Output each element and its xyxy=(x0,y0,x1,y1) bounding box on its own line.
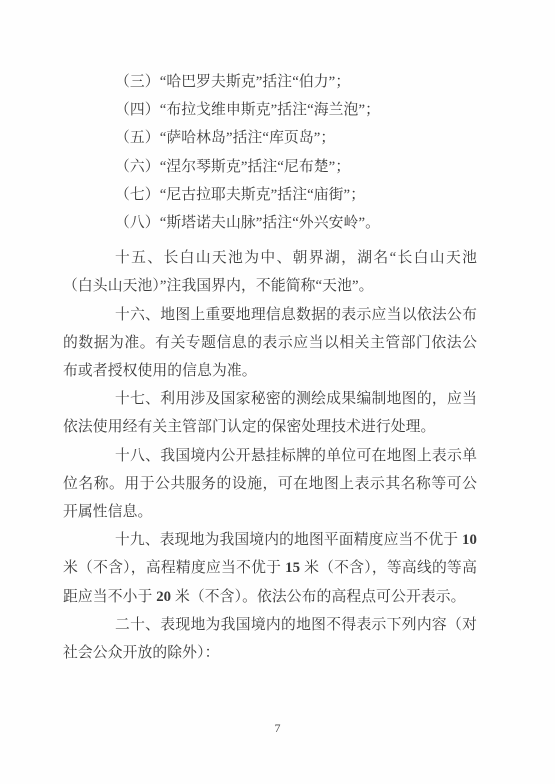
precision-value-10: 10 xyxy=(462,532,477,548)
page-number: 7 xyxy=(0,721,555,735)
list-item-3: （三）“哈巴罗夫斯克”括注“伯力”； xyxy=(63,68,477,96)
paragraph-19-text: 十九、表现地为我国境内的地图平面精度应当不优于 xyxy=(115,532,462,548)
list-item-5: （五）“萨哈林岛”括注“库页岛”； xyxy=(63,124,477,152)
paragraph-15: 十五、长白山天池为中、朝界湖，湖名“长白山天池（白头山天池）”注我国界内，不能简… xyxy=(63,244,477,300)
document-body: （三）“哈巴罗夫斯克”括注“伯力”； （四）“布拉戈维申斯克”括注“海兰泡”； … xyxy=(63,68,477,667)
paragraph-18: 十八、我国境内公开悬挂标牌的单位可在地图上表示单位名称。用于公共服务的设施，可在… xyxy=(63,442,477,527)
paragraph-19-text: 米（不含）。依法公布的高程点可公开表示。 xyxy=(171,589,465,605)
paragraph-19: 十九、表现地为我国境内的地图平面精度应当不优于 10 米（不含），高程精度应当不… xyxy=(63,526,477,611)
list-item-6: （六）“涅尔琴斯克”括注“尼布楚”； xyxy=(63,153,477,181)
precision-value-20: 20 xyxy=(156,589,171,605)
document-page: （三）“哈巴罗夫斯克”括注“伯力”； （四）“布拉戈维申斯克”括注“海兰泡”； … xyxy=(0,0,555,784)
paragraph-19-text: 米（不含），高程精度应当不优于 xyxy=(63,560,285,576)
list-item-4: （四）“布拉戈维申斯克”括注“海兰泡”； xyxy=(63,96,477,124)
precision-value-15: 15 xyxy=(285,560,300,576)
paragraph-20: 二十、表现地为我国境内的地图不得表示下列内容（对社会公众开放的除外）： xyxy=(63,611,477,667)
list-item-7: （七）“尼古拉耶夫斯克”括注“庙街”； xyxy=(63,181,477,209)
paragraph-17: 十七、利用涉及国家秘密的测绘成果编制地图的，应当依法使用经有关主管部门认定的保密… xyxy=(63,385,477,441)
paragraph-16: 十六、地图上重要地理信息数据的表示应当以依法公布的数据为准。有关专题信息的表示应… xyxy=(63,301,477,386)
list-item-8: （八）“斯塔诺夫山脉”括注“外兴安岭”。 xyxy=(63,209,477,237)
